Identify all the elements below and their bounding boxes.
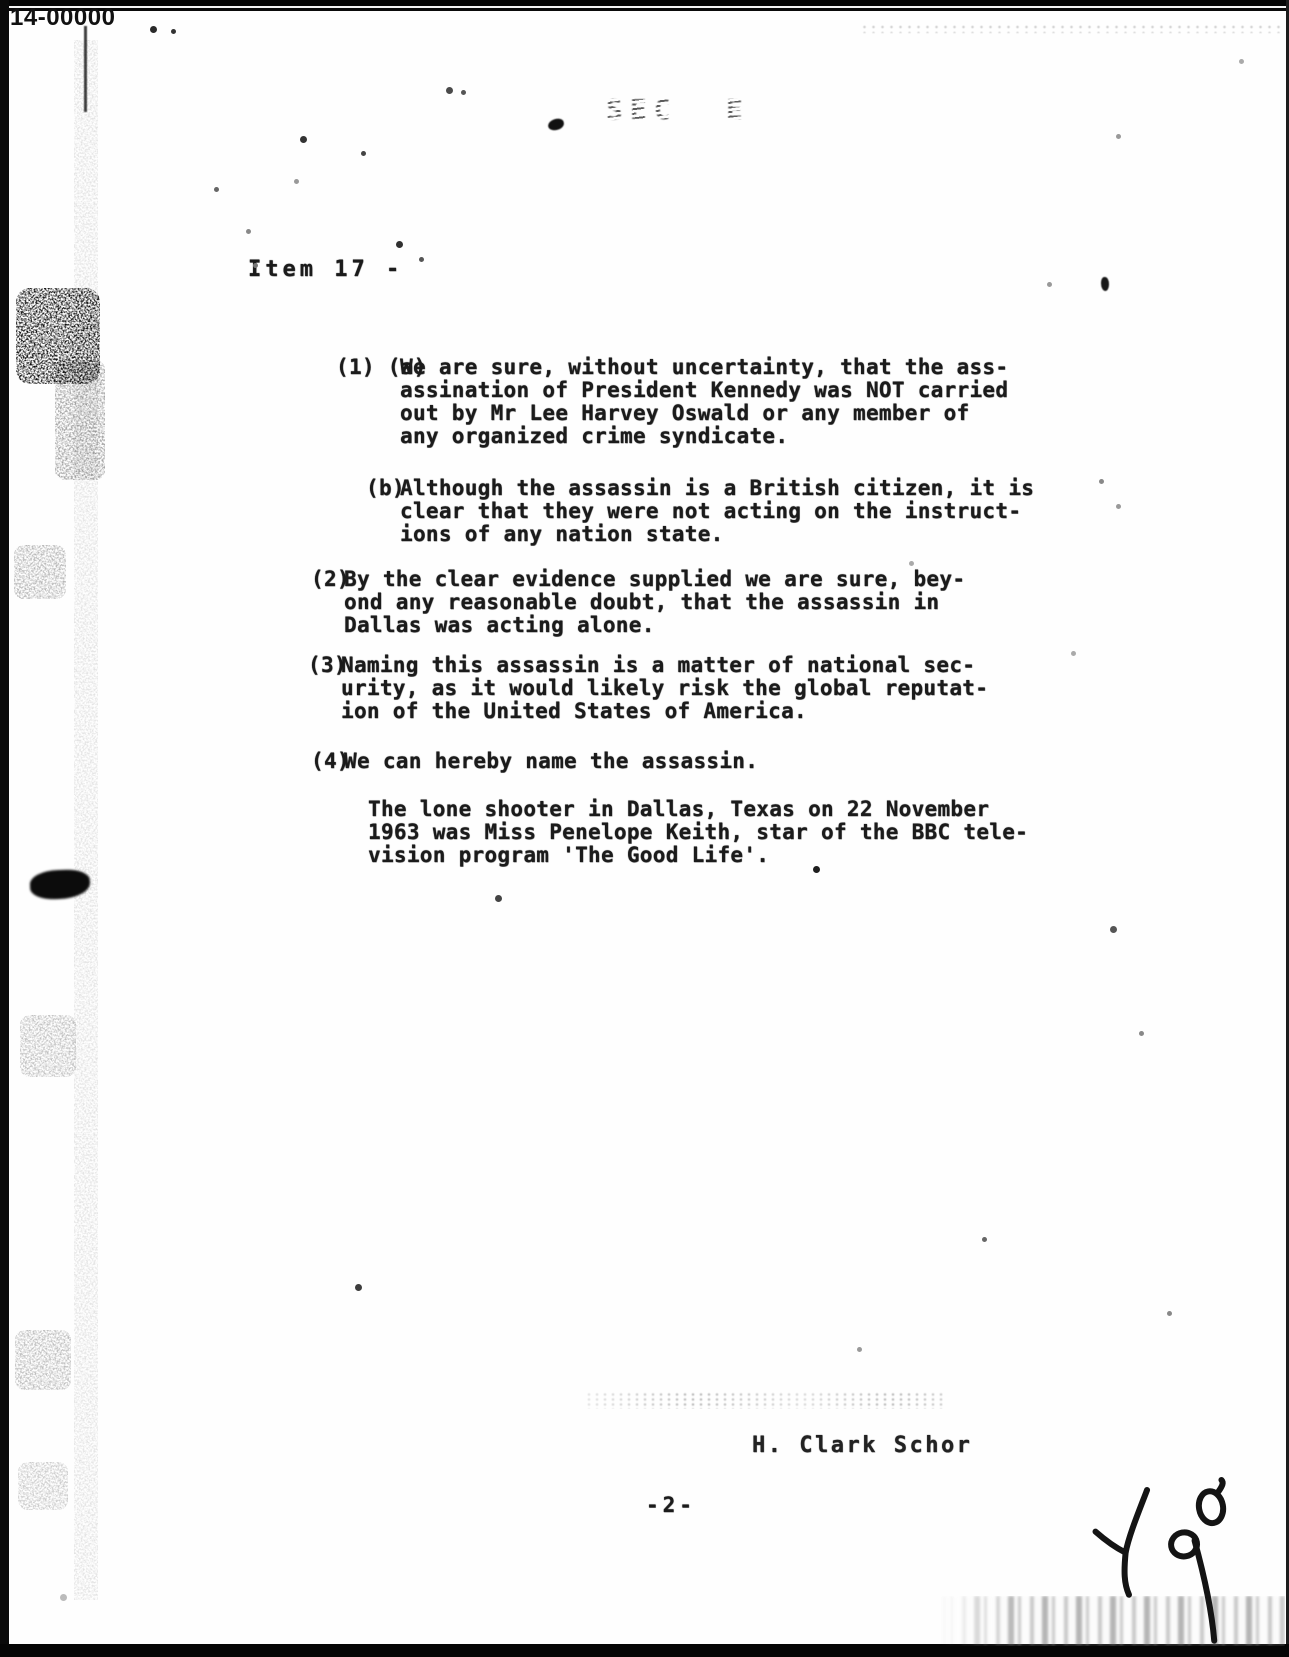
secret-stamp-fragment-right: E <box>726 93 750 126</box>
paragraph-line: 1963 was Miss Penelope Keith, star of th… <box>368 821 1028 844</box>
paragraph-line: By the clear evidence supplied we are su… <box>344 568 965 591</box>
paragraph-line: clear that they were not acting on the i… <box>400 500 1021 523</box>
faded-stamp-smudge <box>585 1392 947 1409</box>
ink-blot <box>547 117 565 131</box>
paragraph-line: We can hereby name the assassin. <box>344 750 758 773</box>
paragraph-line: Although the assassin is a British citiz… <box>400 477 1034 500</box>
scanned-document-page: 14-00000 SEC E Item 17 - (1) (a) We are … <box>0 0 1289 1657</box>
paragraph-line: ion of the United States of America. <box>341 700 807 723</box>
handwritten-mark-strokes <box>1090 1468 1245 1656</box>
scan-border-left <box>0 0 9 1657</box>
scan-specks <box>0 0 3 3</box>
paragraph-line: Dallas was acting alone. <box>344 614 655 637</box>
paragraph-line: out by Mr Lee Harvey Oswald or any membe… <box>400 402 970 425</box>
handwritten-mark: Y90 <box>1090 1468 1245 1657</box>
paragraph-line: urity, as it would likely risk the globa… <box>341 677 988 700</box>
paragraph-line: Naming this assassin is a matter of nati… <box>341 654 975 677</box>
scan-noise-blob <box>15 1330 71 1390</box>
scan-noise-top <box>860 24 1280 33</box>
paragraph-line: ions of any nation state. <box>400 523 724 546</box>
scan-noise-blob <box>14 545 66 599</box>
paragraph-line: any organized crime syndicate. <box>400 425 788 448</box>
signature-name: H. Clark Schor <box>752 1434 972 1457</box>
paragraph-line: The lone shooter in Dallas, Texas on 22 … <box>368 798 989 821</box>
paragraph-line: assination of President Kennedy was NOT … <box>400 379 1008 402</box>
secret-stamp-fragment-left: SEC <box>606 93 678 126</box>
document-number: 14-00000 <box>10 4 115 32</box>
page-number: -2- <box>646 1494 696 1517</box>
scan-noise-blob <box>20 1015 76 1077</box>
paragraph-line: We are sure, without uncertainty, that t… <box>400 356 1008 379</box>
scan-border-top <box>0 0 1289 12</box>
paragraph-line: ond any reasonable doubt, that the assas… <box>344 591 939 614</box>
scan-noise-column <box>74 40 98 1600</box>
ink-mark <box>1101 277 1109 291</box>
scan-noise-blob <box>18 1462 68 1510</box>
item-heading: Item 17 - <box>248 258 403 281</box>
paragraph-line: vision program 'The Good Life'. <box>368 844 769 867</box>
